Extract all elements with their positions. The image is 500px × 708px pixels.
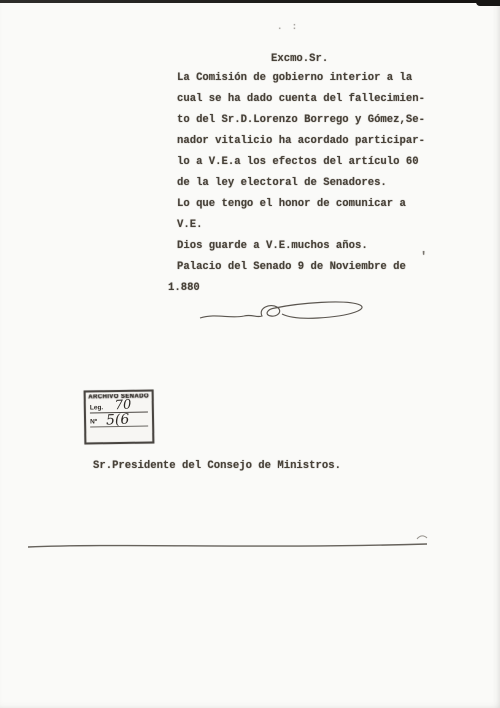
letter-line: to del Sr.D.Lorenzo Borrego y Gómez,Se- [177, 114, 425, 135]
letter-line: Palacio del Senado 9 de Noviembre de [177, 261, 425, 282]
addressee-line: Sr.Presidente del Consejo de Ministros. [93, 460, 341, 472]
letter-line: V.E. [177, 219, 425, 240]
scan-corner-artifact [476, 0, 500, 6]
archive-stamp-num-row: Nº 5(6 [90, 414, 148, 428]
leg-value: 70 [115, 400, 132, 413]
letter-line: Lo que tengo el honor de comunicar a [177, 198, 425, 219]
ink-speck: . : [277, 22, 299, 32]
num-label: Nº [90, 418, 97, 426]
scan-top-edge [0, 0, 500, 3]
scanned-letter-page: . : Excmo.Sr. La Comisión de gobierno in… [0, 0, 500, 708]
letter-line: lo a V.E.a los efectos del artículo 60 [177, 156, 425, 177]
letter-line: Dios guarde a V.E.muchos años. [177, 240, 425, 261]
horizontal-rule [0, 538, 500, 552]
leg-label: Leg. [90, 404, 103, 412]
letter-line: cual se ha dado cuenta del fallecimien- [177, 93, 425, 114]
ink-speck: ' [420, 250, 427, 264]
letter-line: La Comisión de gobierno interior a la [177, 72, 425, 93]
signature-flourish [194, 296, 374, 332]
salutation: Excmo.Sr. [271, 53, 328, 65]
archive-stamp: ARCHIVO SENADO Leg. 70 Nº 5(6 [84, 389, 155, 444]
num-value: 5(6 [106, 413, 130, 426]
letter-line: de la ley electoral de Senadores. [177, 177, 425, 198]
letter-line: nador vitalicio ha acordado participar- [177, 135, 425, 156]
letter-body: La Comisión de gobierno interior a la cu… [177, 72, 425, 303]
